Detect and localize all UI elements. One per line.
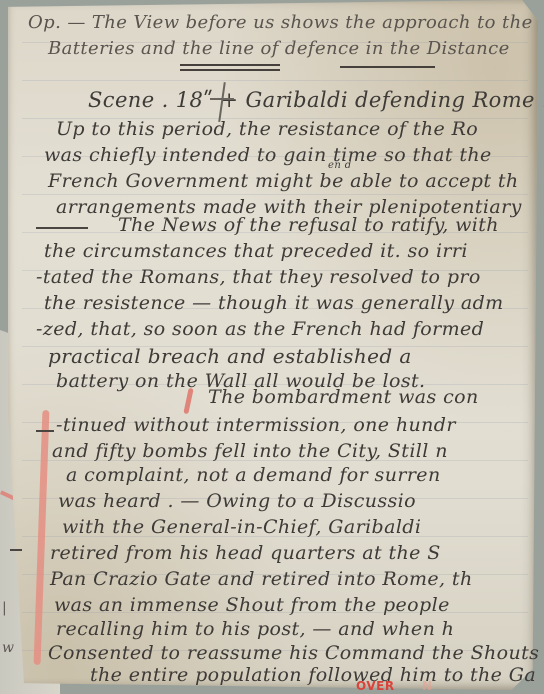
paragraph-dash bbox=[36, 227, 88, 229]
text-line-26: the entire population followed him to th… bbox=[90, 664, 536, 686]
text-line-12: -zed, that, so soon as the French had fo… bbox=[36, 318, 484, 340]
text-line-18: a complaint, not a demand for surren bbox=[66, 464, 441, 486]
underline-mark bbox=[340, 66, 435, 68]
ruled-line bbox=[22, 194, 528, 195]
text-line-9: the circumstances that preceded it. so i… bbox=[44, 240, 468, 262]
text-line-15: The bombardment was con bbox=[208, 386, 479, 408]
text-line-16: -tinued without intermission, one hundr bbox=[56, 414, 456, 436]
text-line-10: -tated the Romans, that they resolved to… bbox=[36, 266, 481, 288]
scene-heading: Scene . 18ʺ + Garibaldi defending Rome . bbox=[88, 88, 544, 112]
faded-stamp: N bbox=[422, 679, 432, 693]
text-line-19: was heard . — Owing to a Discussio bbox=[58, 490, 416, 512]
text-line-13: practical breach and established a bbox=[48, 344, 412, 368]
margin-tick bbox=[36, 430, 54, 432]
text-line-20: with the General-in-Chief, Garibaldi bbox=[62, 516, 421, 538]
underlying-sheet-fragment: | bbox=[2, 600, 7, 616]
text-line-8: The News of the refusal to ratify, with bbox=[118, 214, 499, 236]
text-line-1: Op. — The View before us shows the appro… bbox=[28, 12, 533, 33]
ruled-line bbox=[22, 80, 528, 81]
text-line-17: and fifty bombs fell into the City, Stil… bbox=[52, 440, 448, 462]
text-line-24: recalling him to his post, — and when h bbox=[56, 618, 454, 640]
pencil-cross-mark bbox=[210, 82, 234, 122]
underlying-sheet-fragment: w bbox=[2, 640, 14, 656]
over-stamp: OVER bbox=[356, 679, 395, 693]
text-line-25: Consented to reassume his Command the Sh… bbox=[48, 642, 539, 664]
underline-mark bbox=[180, 64, 280, 66]
text-line-22: Pan Crazio Gate and retired into Rome, t… bbox=[50, 568, 473, 590]
text-line-21: retired from his head quarters at the S bbox=[50, 542, 441, 564]
text-line-5: was chiefly intended to gain time so tha… bbox=[44, 144, 492, 166]
text-line-11: the resistence — though it was generally… bbox=[44, 292, 504, 314]
text-line-4: Up to this period, the resistance of the… bbox=[56, 118, 478, 140]
text-line-23: was an immense Shout from the people bbox=[54, 594, 450, 616]
text-line-6: French Government might be able to accep… bbox=[48, 170, 519, 192]
underline-mark bbox=[180, 69, 280, 71]
margin-tick bbox=[10, 549, 22, 551]
text-line-2: Batteries and the line of defence in the… bbox=[48, 38, 510, 59]
